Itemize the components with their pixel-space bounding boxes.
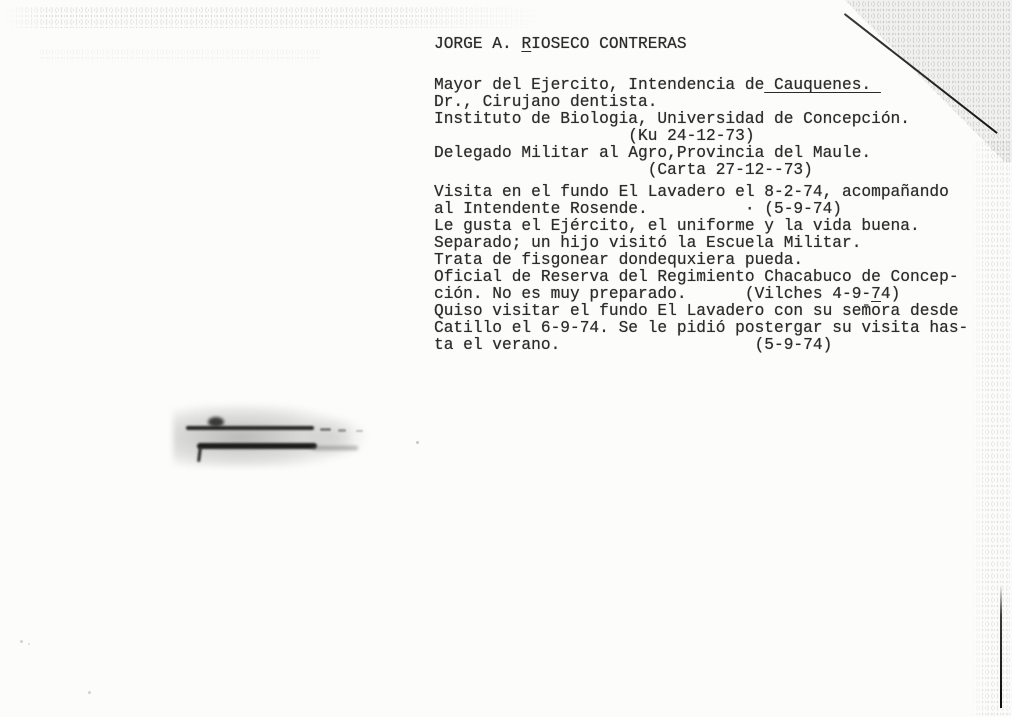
ink-smudge-streak-top: [186, 426, 314, 430]
paper-speck: [416, 441, 419, 444]
text-line-16: ta el verano. (5-9-74): [434, 337, 968, 354]
text-line-11: Trata de fisgonear dondequxiera pueda.: [434, 252, 968, 269]
text-line-14: Quiso visitar el fundo El Lavadero con s…: [434, 303, 968, 320]
paper-speck: [28, 643, 30, 645]
scanned-document-page: { "page": { "paper_color": "#fcfcfa", "i…: [0, 0, 1012, 717]
ink-smudge-dash: [338, 429, 346, 432]
ink-smudge-streak-bottom: [197, 443, 317, 449]
ink-smudge-dash: [356, 430, 363, 432]
scan-grain-right-edge: [970, 140, 1012, 717]
typewriter-text: JORGE A. RIOSECO CONTRERASMayor del Ejer…: [434, 36, 968, 354]
text-line-2: Dr., Cirujano dentista.: [434, 94, 968, 111]
text-line-12: Oficial de Reserva del Regimiento Chacab…: [434, 269, 968, 286]
text-line-9: Le gusta el Ejército, el uniforme y la v…: [434, 218, 968, 235]
text-line-15: Catillo el 6-9-74. Se le pidió postergar…: [434, 320, 968, 337]
scan-noise-top-left: [4, 6, 554, 28]
ink-smudge-tail: [312, 446, 358, 450]
text-line-1: Mayor del Ejercito, Intendencia de Cauqu…: [434, 77, 968, 94]
paper-speck: [88, 691, 91, 694]
document-title-line: JORGE A. RIOSECO CONTRERAS: [434, 36, 968, 53]
text-line-6: (Carta 27-12--73): [434, 162, 968, 179]
text-line-10: Separado; un hijo visitó la Escuela Mili…: [434, 235, 968, 252]
ink-smudge-dash: [320, 428, 331, 431]
text-line-5: Delegado Militar al Agro,Provincia del M…: [434, 145, 968, 162]
text-line-8: al Intendente Rosende. · (5-9-74): [434, 201, 968, 218]
scan-noise-top-left-faint: [40, 48, 320, 62]
ink-smudge-halo-right: [300, 415, 370, 460]
text-line-3: Instituto de Biologia, Universidad de Co…: [434, 111, 968, 128]
text-line-4: (Ku 24-12-73): [434, 128, 968, 145]
vertical-scan-line: [1000, 585, 1002, 708]
paper-speck: [20, 640, 23, 643]
text-line-13: ción. No es muy preparado. (Vilches 4-9-…: [434, 286, 968, 303]
text-line-7: Visita en el fundo El Lavadero el 8-2-74…: [434, 184, 968, 201]
